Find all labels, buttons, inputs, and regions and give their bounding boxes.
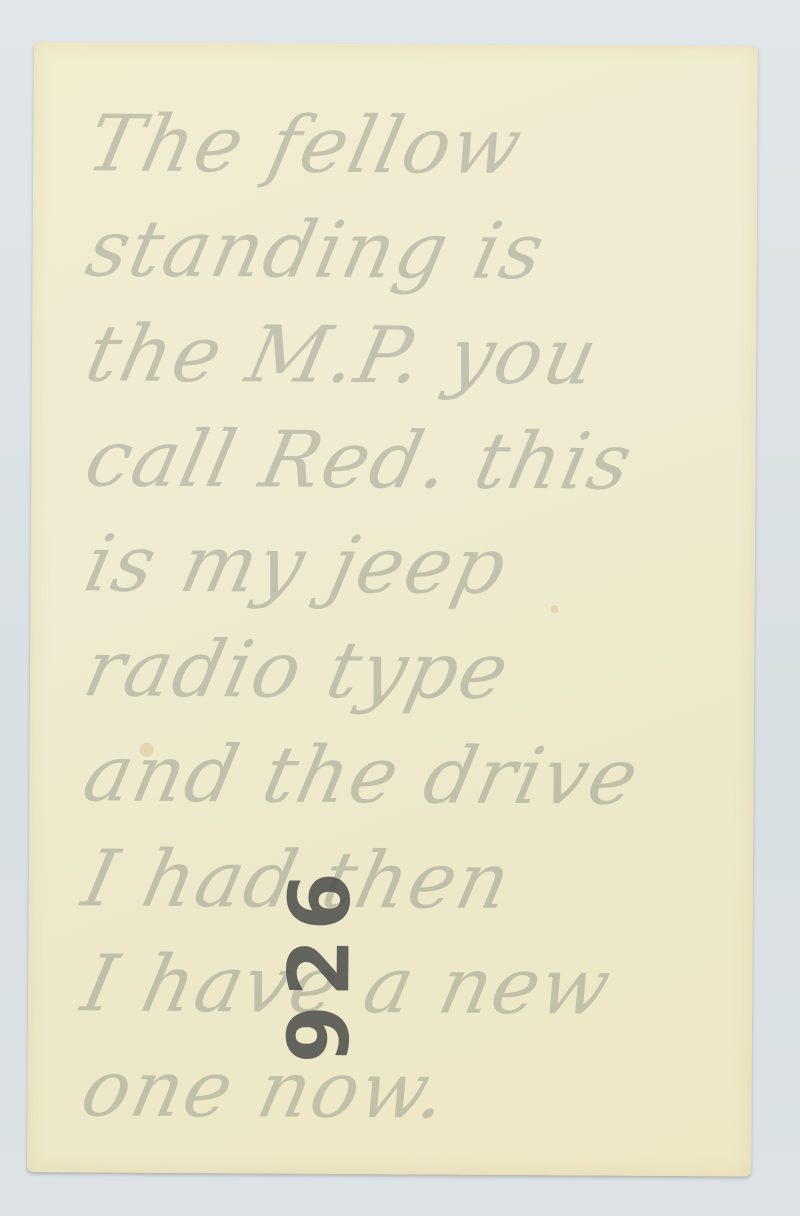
note-line: The fellow (78, 92, 761, 201)
note-line: I had then (73, 827, 756, 936)
handwritten-note: The fellow standing is the M.P. you call… (83, 92, 749, 1146)
stamp-number-text: 926 (270, 864, 369, 1064)
note-line: call Red. this (76, 407, 759, 516)
note-line: is my jeep (75, 512, 758, 621)
photo-card-back: The fellow standing is the M.P. you call… (27, 42, 758, 1176)
note-line: standing is (77, 197, 760, 306)
note-line: I have a new (73, 932, 756, 1041)
paper-stain (551, 605, 559, 613)
note-line: the M.P. you (77, 302, 760, 411)
note-line: radio type (75, 617, 758, 726)
stamped-number: 926 (264, 833, 376, 1094)
note-line: and the drive (74, 722, 757, 831)
note-line: one now. (72, 1037, 755, 1146)
paper-stain (140, 743, 154, 757)
